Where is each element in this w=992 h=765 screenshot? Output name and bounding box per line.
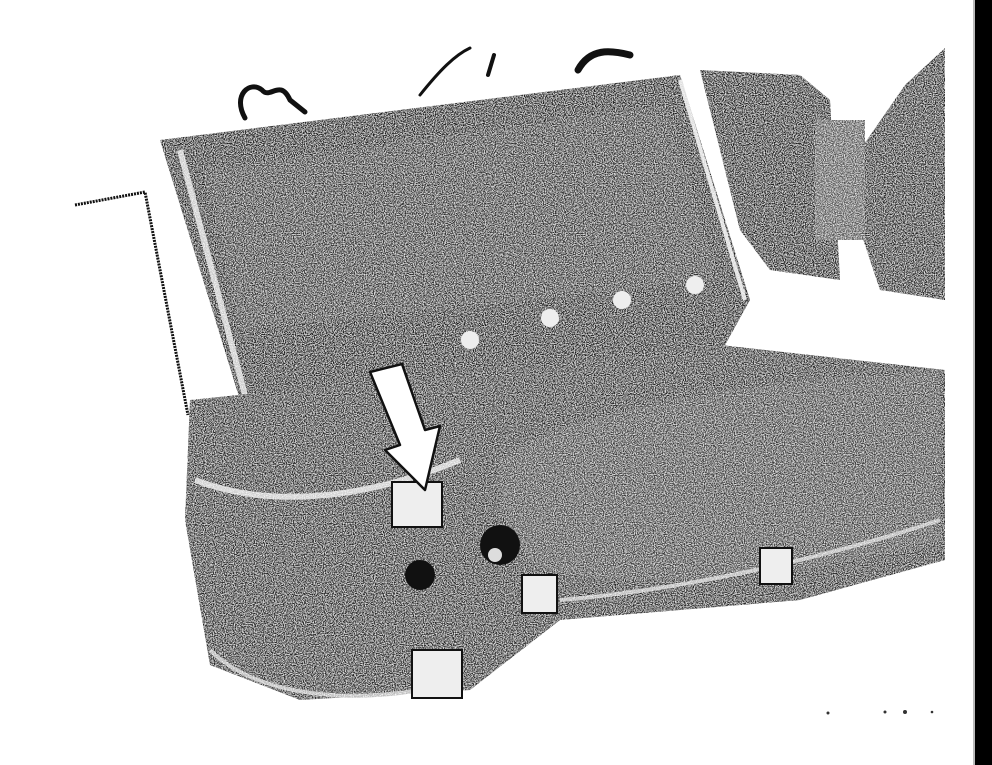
photo-scene	[0, 0, 992, 765]
left-back-panel	[75, 192, 188, 415]
scan-edge-bar	[975, 0, 992, 765]
base-body	[185, 345, 945, 700]
specks	[827, 710, 934, 715]
